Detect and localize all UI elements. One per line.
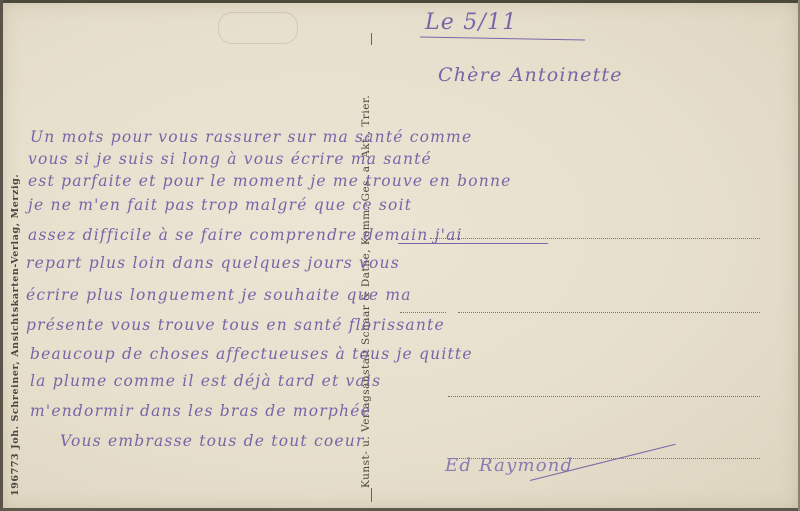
strikethrough-mark <box>398 243 548 244</box>
address-line-2b <box>458 312 760 313</box>
address-line-2a <box>400 312 446 313</box>
center-divider-top <box>371 33 372 45</box>
handwritten-line-10: la plume comme il est déjà tard et vais <box>30 372 381 390</box>
card-edge-top <box>0 0 800 3</box>
handwritten-line-1: Un mots pour vous rassurer sur ma santé … <box>30 128 472 146</box>
center-divider-bottom <box>371 488 372 502</box>
handwritten-line-7: écrire plus longuement je souhaite que m… <box>26 286 412 304</box>
handwritten-line-3: est parfaite et pour le moment je me tro… <box>28 172 512 190</box>
handwritten-greeting: Chère Antoinette <box>438 64 623 86</box>
card-edge-left <box>0 0 3 511</box>
handwritten-line-6: repart plus loin dans quelques jours vou… <box>26 254 400 272</box>
handwritten-line-5: assez difficile à se faire comprendre de… <box>28 226 463 244</box>
handwritten-line-12: Vous embrasse tous de tout coeur <box>60 432 365 450</box>
address-line-1 <box>430 238 760 239</box>
handwritten-line-2: vous si je suis si long à vous écrire ma… <box>28 150 432 168</box>
postcard-back: 196773 Joh. Schreiner, Ansichtskarten-Ve… <box>0 0 800 511</box>
handwritten-line-8: présente vous trouve tous en santé flori… <box>26 316 445 334</box>
date-underline <box>420 37 585 41</box>
publisher-imprint-left: 196773 Joh. Schreiner, Ansichtskarten-Ve… <box>10 174 21 496</box>
address-line-3 <box>448 396 760 397</box>
faded-stamp-mark <box>218 12 298 44</box>
handwritten-line-4: je ne m'en fait pas trop malgré que ce s… <box>28 196 412 214</box>
handwritten-date: Le 5/11 <box>425 10 517 35</box>
handwritten-line-11: m'endormir dans les bras de morphée <box>30 402 371 420</box>
handwritten-line-9: beaucoup de choses affectueuses à tous j… <box>30 345 473 363</box>
